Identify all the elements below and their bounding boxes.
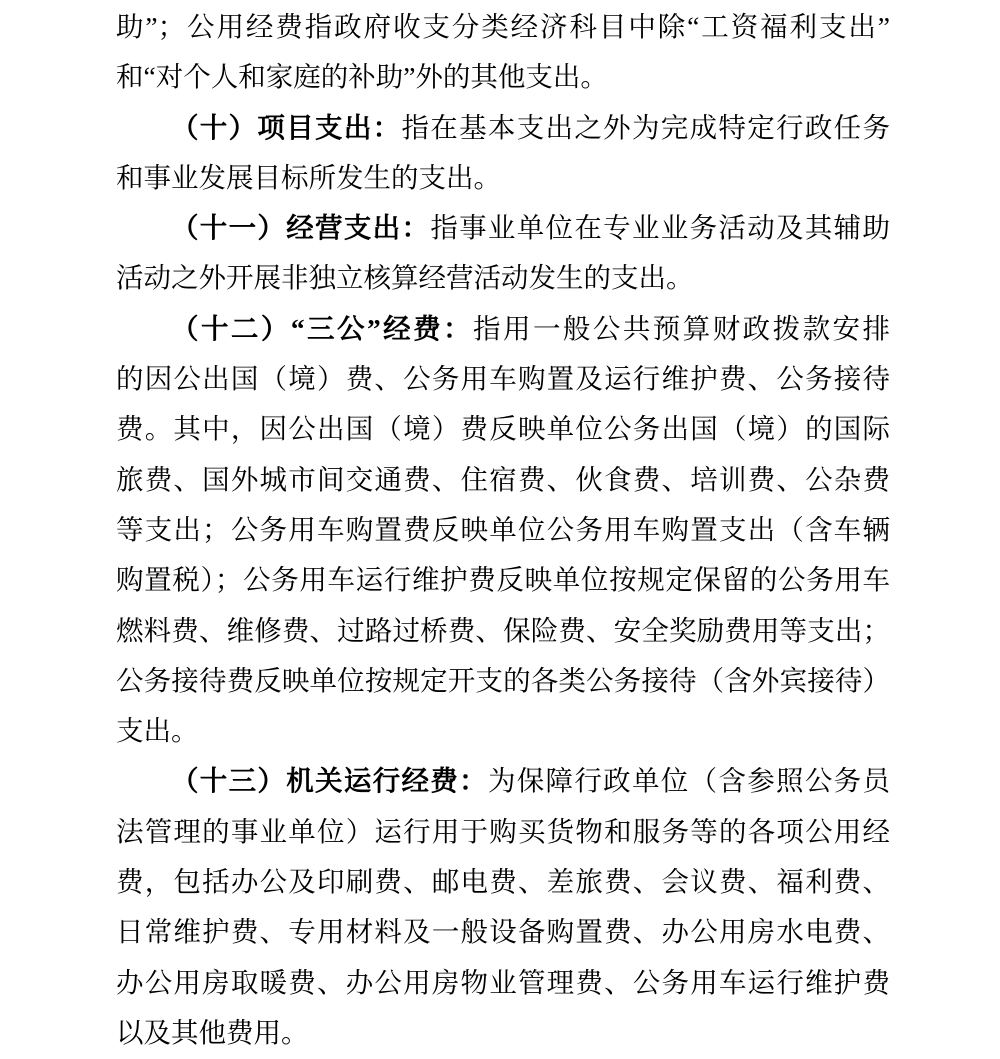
line-text: 活动之外开展非独立核算经营活动发生的支出。	[116, 262, 694, 293]
line-text: 助”；公用经费指政府收支分类经济科目中除“工资福利支出”	[116, 11, 890, 42]
line-text: 购置税）；公务用车运行维护费反映单位按规定保留的公务用车	[116, 564, 890, 595]
text-line: 支出。	[116, 706, 890, 756]
text-line: 购置税）；公务用车运行维护费反映单位按规定保留的公务用车	[116, 555, 890, 605]
term-heading: （十一）经营支出：	[171, 212, 430, 243]
text-line: 助”；公用经费指政府收支分类经济科目中除“工资福利支出”	[116, 2, 890, 52]
text-line: 燃料费、维修费、过路过桥费、保险费、安全奖励费用等支出；	[116, 606, 890, 656]
text-line: 费，包括办公及印刷费、邮电费、差旅费、会议费、福利费、	[116, 857, 890, 907]
text-line: 公务接待费反映单位按规定开支的各类公务接待（含外宾接待）	[116, 656, 890, 706]
text-line: （十一）经营支出：指事业单位在专业业务活动及其辅助	[116, 203, 890, 253]
line-text: 和“对个人和家庭的补助”外的其他支出。	[116, 61, 608, 92]
line-text: 为保障行政单位（含参照公务员	[488, 765, 890, 796]
text-line: 法管理的事业单位）运行用于购买货物和服务等的各项公用经	[116, 807, 890, 857]
document-page: 助”；公用经费指政府收支分类经济科目中除“工资福利支出” 和“对个人和家庭的补助…	[0, 0, 1000, 1059]
text-line: 和事业发展目标所发生的支出。	[116, 153, 890, 203]
term-heading: （十）项目支出：	[171, 112, 402, 143]
text-line: （十二）“三公”经费：指用一般公共预算财政拨款安排	[116, 304, 890, 354]
text-line: 费。其中，因公出国（境）费反映单位公务出国（境）的国际	[116, 404, 890, 454]
term-heading: （十二）“三公”经费：	[171, 313, 473, 344]
term-heading: （十三）机关运行经费：	[171, 765, 488, 796]
line-text: 燃料费、维修费、过路过桥费、保险费、安全奖励费用等支出；	[116, 615, 890, 646]
text-line: （十）项目支出：指在基本支出之外为完成特定行政任务	[116, 103, 890, 153]
line-text: 的因公出国（境）费、公务用车购置及运行维护费、公务接待	[116, 363, 890, 394]
line-text: 指用一般公共预算财政拨款安排	[473, 313, 890, 344]
text-line: （十三）机关运行经费：为保障行政单位（含参照公务员	[116, 756, 890, 806]
text-line: 日常维护费、专用材料及一般设备购置费、办公用房水电费、	[116, 907, 890, 957]
line-text: 以及其他费用。	[116, 1017, 309, 1048]
line-text: 费，包括办公及印刷费、邮电费、差旅费、会议费、福利费、	[116, 866, 890, 897]
line-text: 费。其中，因公出国（境）费反映单位公务出国（境）的国际	[116, 413, 890, 444]
line-text: 指事业单位在专业业务活动及其辅助	[430, 212, 890, 243]
line-text: 法管理的事业单位）运行用于购买货物和服务等的各项公用经	[116, 816, 890, 847]
line-text: 旅费、国外城市间交通费、住宿费、伙食费、培训费、公杂费	[116, 464, 890, 495]
line-text: 公务接待费反映单位按规定开支的各类公务接待（含外宾接待）	[116, 665, 890, 696]
line-text: 支出。	[116, 715, 199, 746]
line-text: 和事业发展目标所发生的支出。	[116, 162, 501, 193]
text-line: 等支出；公务用车购置费反映单位公务用车购置支出（含车辆	[116, 505, 890, 555]
text-line: 和“对个人和家庭的补助”外的其他支出。	[116, 52, 890, 102]
line-text: 指在基本支出之外为完成特定行政任务	[402, 112, 891, 143]
text-line: 旅费、国外城市间交通费、住宿费、伙食费、培训费、公杂费	[116, 455, 890, 505]
line-text: 办公用房取暖费、办公用房物业管理费、公务用车运行维护费	[116, 967, 890, 998]
line-text: 等支出；公务用车购置费反映单位公务用车购置支出（含车辆	[116, 514, 890, 545]
text-line: 活动之外开展非独立核算经营活动发生的支出。	[116, 253, 890, 303]
text-line: 以及其他费用。	[116, 1008, 890, 1058]
line-text: 日常维护费、专用材料及一般设备购置费、办公用房水电费、	[116, 916, 890, 947]
text-line: 的因公出国（境）费、公务用车购置及运行维护费、公务接待	[116, 354, 890, 404]
text-line: 办公用房取暖费、办公用房物业管理费、公务用车运行维护费	[116, 958, 890, 1008]
